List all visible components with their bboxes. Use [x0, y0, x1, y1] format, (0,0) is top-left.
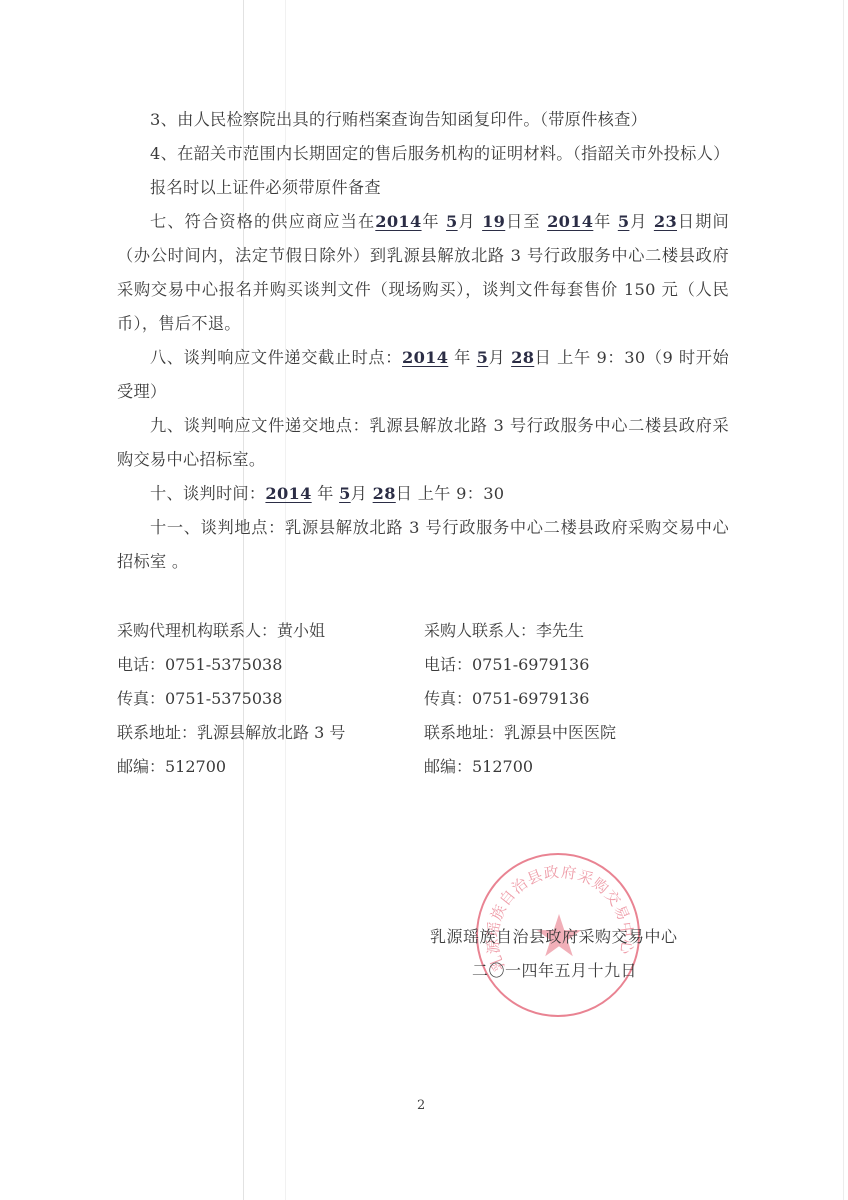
requirement-item-3: 3、由人民检察院出具的行贿档案查询告知函复印件。（带原件核查） — [117, 103, 729, 137]
text: 年 — [422, 212, 440, 231]
purchaser-address: 联系地址：乳源县中医医院 — [424, 716, 616, 750]
section-9-location: 九、谈判响应文件递交地点：乳源县解放北路 3 号行政服务中心二楼县政府采购交易中… — [117, 409, 729, 477]
date-year: 2014 — [265, 484, 311, 503]
section-7-registration: 七、符合资格的供应商应当在2014年 5月 19日至 2014年 5月 23日期… — [117, 205, 729, 341]
document-body: 3、由人民检察院出具的行贿档案查询告知函复印件。（带原件核查） 4、在韶关市范围… — [117, 103, 729, 579]
purchaser-phone: 电话：0751-6979136 — [424, 648, 616, 682]
date-month: 5 — [618, 212, 630, 231]
purchaser-contact-person: 采购人联系人：李先生 — [424, 614, 616, 648]
scan-artifact-line — [843, 0, 844, 1200]
agency-phone: 电话：0751-5375038 — [117, 648, 345, 682]
date-day: 23 — [654, 212, 677, 231]
text: 日 上午 9：30 — [396, 484, 505, 503]
requirement-item-4: 4、在韶关市范围内长期固定的售后服务机构的证明材料。（指韶关市外投标人） — [117, 137, 729, 171]
section-11-venue: 十一、谈判地点：乳源县解放北路 3 号行政服务中心二楼县政府采购交易中心招标室 … — [117, 511, 729, 579]
agency-fax: 传真：0751-5375038 — [117, 682, 345, 716]
date-year: 2014 — [402, 348, 448, 367]
text: 月 — [351, 484, 368, 503]
purchaser-fax: 传真：0751-6979136 — [424, 682, 616, 716]
purchaser-contact-block: 采购人联系人：李先生 电话：0751-6979136 传真：0751-69791… — [424, 614, 616, 784]
text: 日至 — [505, 212, 541, 231]
purchaser-postcode: 邮编：512700 — [424, 750, 616, 784]
text: 月 — [458, 212, 476, 231]
date-month: 5 — [339, 484, 351, 503]
date-year: 2014 — [375, 212, 421, 231]
text: 年 — [454, 348, 471, 367]
agency-contact-person: 采购代理机构联系人：黄小姐 — [117, 614, 345, 648]
date-month: 5 — [477, 348, 489, 367]
text: 月 — [629, 212, 647, 231]
section-10-time: 十、谈判时间：2014 年 5月 28日 上午 9：30 — [117, 477, 729, 511]
text: 八、谈判响应文件递交截止时点： — [150, 348, 402, 367]
text: 七、符合资格的供应商应当在 — [150, 212, 375, 231]
issue-date: 二〇一四年五月十九日 — [472, 958, 637, 981]
text: 十、谈判时间： — [150, 484, 265, 503]
date-day: 19 — [482, 212, 505, 231]
page-number: 2 — [417, 1098, 425, 1113]
text: 年 — [593, 212, 611, 231]
agency-address: 联系地址：乳源县解放北路 3 号 — [117, 716, 345, 750]
agency-postcode: 邮编：512700 — [117, 750, 345, 784]
text: 年 — [317, 484, 334, 503]
section-8-deadline: 八、谈判响应文件递交截止时点：2014 年 5月 28日 上午 9：30（9 时… — [117, 341, 729, 409]
issuer-organization: 乳源瑶族自治县政府采购交易中心 — [430, 924, 678, 947]
date-year: 2014 — [547, 212, 593, 231]
requirement-note: 报名时以上证件必须带原件备查 — [117, 171, 729, 205]
date-day: 28 — [511, 348, 534, 367]
date-month: 5 — [446, 212, 458, 231]
date-day: 28 — [373, 484, 396, 503]
text: 月 — [488, 348, 505, 367]
agency-contact-block: 采购代理机构联系人：黄小姐 电话：0751-5375038 传真：0751-53… — [117, 614, 345, 784]
